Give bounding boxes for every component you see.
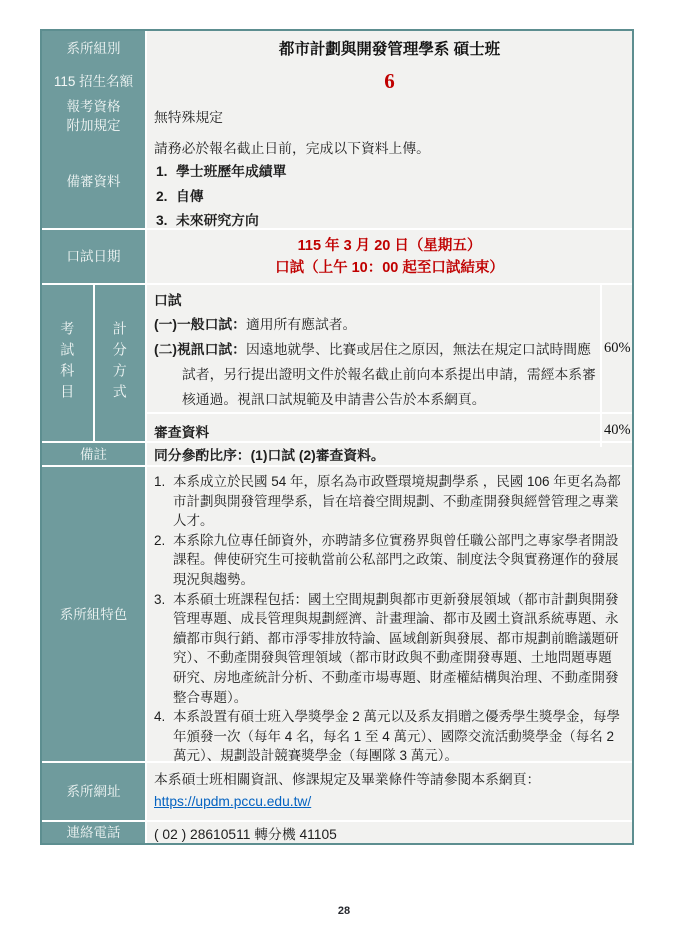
features-label: 系所組特色 [42, 467, 147, 761]
row-note: 備註 同分參酌比序：(1)口試 (2)審查資料。 [42, 441, 632, 465]
website-link[interactable]: https://updm.pccu.edu.tw/ [154, 794, 311, 809]
item-text: 未來研究方向 [176, 213, 259, 228]
interview-date-line: 115 年 3 月 20 日（星期五） [298, 235, 482, 257]
row-eligibility: 報考資格 附加規定 無特殊規定 [42, 97, 632, 134]
exam-content: 口試 (一)一般口試：適用所有應試者。 (二)視訊口試：因遠地就學、比賽或居住之… [147, 285, 632, 441]
item-number: 3. [156, 209, 168, 234]
website-label: 系所網址 [42, 763, 147, 820]
note-label: 備註 [42, 443, 147, 465]
quota-value: 6 [147, 65, 632, 97]
item-head: (一)一般口試： [154, 317, 246, 332]
dept-title: 都市計劃與開發管理學系 碩士班 [147, 31, 632, 65]
feature-item: 4. 本系設置有碩士班入學獎學金 2 萬元以及系友捐贈之優秀學生獎學金，每學年頒… [152, 707, 624, 766]
document-item: 1. 學士班歷年成績單 [154, 160, 622, 185]
page-number: 28 [0, 905, 688, 917]
website-content: 本系碩士班相關資訊、修課規定及畢業條件等請參閱本系網頁： https://upd… [147, 763, 632, 820]
eligibility-label: 報考資格 附加規定 [42, 97, 147, 134]
oral-exam-item: (一)一般口試：適用所有應試者。 [154, 312, 596, 337]
exam-subject-label: 考試科目 [42, 285, 93, 441]
documents-label: 備審資料 [42, 134, 147, 228]
scoring-label-text: 計分方式 [110, 321, 130, 405]
item-text: 自傳 [176, 189, 204, 204]
feature-item: 1. 本系成立於民國 54 年，原名為市政暨環境規劃學系 ，民國 106 年更名… [152, 472, 624, 531]
oral-exam-title: 口試 [154, 289, 596, 312]
item-number: 4. [154, 707, 165, 727]
feature-item: 3. 本系碩士班課程包括：國土空間規劃與都市更新發展領域（都市計劃與開發管理專題… [152, 590, 624, 708]
admission-info-table: 系所組別 都市計劃與開發管理學系 碩士班 115 招生名額 6 報考資格 附加規… [40, 29, 634, 845]
item-number: 2. [154, 531, 165, 551]
dept-group-label: 系所組別 [42, 31, 147, 65]
eligibility-label-line1: 報考資格 [67, 97, 121, 116]
feature-item: 2. 本系除九位專任師資外，亦聘請多位實務界與曾任職公部門之專家學者開設課程。俾… [152, 531, 624, 590]
document-page: 系所組別 都市計劃與開發管理學系 碩士班 115 招生名額 6 報考資格 附加規… [0, 0, 688, 941]
eligibility-label-line2: 附加規定 [67, 116, 121, 135]
exam-subject-label-text: 考試科目 [57, 321, 77, 405]
interview-time-line: 口試（上午 10：00 起至口試結束） [275, 257, 504, 279]
oral-weight: 60% [600, 285, 632, 412]
row-exam-scoring: 考試科目 計分方式 口試 (一)一般口試：適用所有應試者。 (二)視訊口試：因遠… [42, 283, 632, 441]
item-text: 本系除九位專任師資外，亦聘請多位實務界與曾任職公部門之專家學者開設課程。俾使研究… [173, 533, 619, 587]
item-text: 本系成立於民國 54 年，原名為市政暨環境規劃學系 ，民國 106 年更名為都市… [173, 474, 621, 528]
documents-content: 請務必於報名截止日前，完成以下資料上傳。 1. 學士班歷年成績單 2. 自傳 3… [147, 134, 632, 228]
item-number: 3. [154, 590, 165, 610]
note-text: 同分參酌比序：(1)口試 (2)審查資料。 [147, 443, 632, 465]
website-intro: 本系碩士班相關資訊、修課規定及畢業條件等請參閱本系網頁： [154, 769, 624, 791]
document-item: 2. 自傳 [154, 185, 622, 210]
row-quota: 115 招生名額 6 [42, 65, 632, 97]
interview-date-label: 口試日期 [42, 230, 147, 283]
row-website: 系所網址 本系碩士班相關資訊、修課規定及畢業條件等請參閱本系網頁： https:… [42, 761, 632, 820]
scoring-label: 計分方式 [93, 285, 146, 441]
oral-exam-text: 口試 (一)一般口試：適用所有應試者。 (二)視訊口試：因遠地就學、比賽或居住之… [147, 285, 600, 412]
item-number: 1. [156, 160, 168, 185]
documents-intro: 請務必於報名截止日前，完成以下資料上傳。 [154, 138, 622, 160]
row-documents: 備審資料 請務必於報名截止日前，完成以下資料上傳。 1. 學士班歷年成績單 2.… [42, 134, 632, 228]
oral-exam-item: (二)視訊口試：因遠地就學、比賽或居住之原因，無法在規定口試時間應試者，另行提出… [154, 337, 596, 412]
row-phone: 連絡電話 ( 02 ) 28610511 轉分機 41105 [42, 820, 632, 843]
phone-value: ( 02 ) 28610511 轉分機 41105 [147, 822, 632, 843]
item-number: 1. [154, 472, 165, 492]
exam-scoring-labels: 考試科目 計分方式 [42, 285, 147, 441]
eligibility-value: 無特殊規定 [147, 97, 632, 134]
row-interview-date: 口試日期 115 年 3 月 20 日（星期五） 口試（上午 10：00 起至口… [42, 228, 632, 283]
phone-label: 連絡電話 [42, 822, 147, 843]
document-item: 3. 未來研究方向 [154, 209, 622, 234]
item-number: 2. [156, 185, 168, 210]
row-dept-group: 系所組別 都市計劃與開發管理學系 碩士班 [42, 31, 632, 65]
row-features: 系所組特色 1. 本系成立於民國 54 年，原名為市政暨環境規劃學系 ，民國 1… [42, 465, 632, 761]
item-head: (二)視訊口試： [154, 342, 246, 357]
oral-exam-row: 口試 (一)一般口試：適用所有應試者。 (二)視訊口試：因遠地就學、比賽或居住之… [147, 285, 632, 412]
item-text: 學士班歷年成績單 [176, 164, 286, 179]
item-text: 本系設置有碩士班入學獎學金 2 萬元以及系友捐贈之優秀學生獎學金，每學年頒發一次… [173, 709, 620, 763]
item-text: 本系碩士班課程包括：國土空間規劃與都市更新發展領域（都市計劃與開發管理專題、成長… [173, 592, 619, 705]
item-body: 適用所有應試者。 [246, 317, 356, 332]
interview-date-content: 115 年 3 月 20 日（星期五） 口試（上午 10：00 起至口試結束） [147, 230, 632, 283]
features-content: 1. 本系成立於民國 54 年，原名為市政暨環境規劃學系 ，民國 106 年更名… [147, 467, 632, 761]
quota-label: 115 招生名額 [42, 65, 147, 97]
